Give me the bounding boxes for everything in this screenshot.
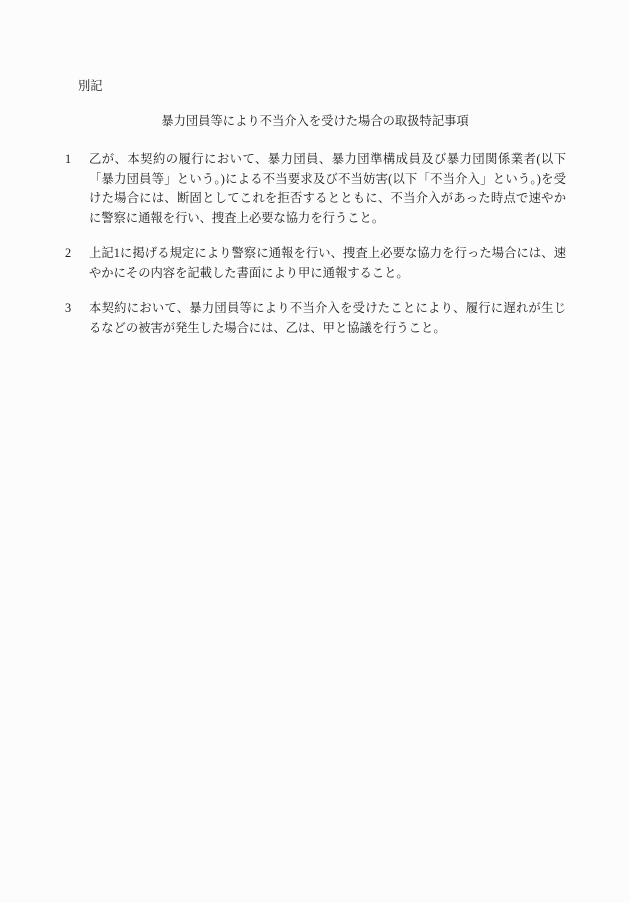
- clause-item-1: 1 乙が、本契約の履行において、暴力団員、暴力団準構成員及び暴力団関係業者(以下…: [65, 150, 566, 229]
- clause-item-3: 3 本契約において、暴力団員等により不当介入を受けたことにより、履行に遅れが生じ…: [65, 299, 566, 338]
- annotation-label: 別記: [78, 77, 103, 97]
- clause-number: 2: [65, 244, 89, 264]
- document-title: 暴力団員等により不当介入を受けた場合の取扱特記事項: [0, 112, 630, 132]
- clause-number: 3: [65, 299, 89, 319]
- clause-text: 上記1に掲げる規定により警察に通報を行い、捜査上必要な協力を行った場合には、速や…: [89, 244, 566, 283]
- clause-text: 本契約において、暴力団員等により不当介入を受けたことにより、履行に遅れが生じるな…: [89, 299, 566, 338]
- document-page: 別記 暴力団員等により不当介入を受けた場合の取扱特記事項 1 乙が、本契約の履行…: [0, 0, 630, 903]
- clause-number: 1: [65, 150, 89, 170]
- clause-text: 乙が、本契約の履行において、暴力団員、暴力団準構成員及び暴力団関係業者(以下「暴…: [89, 150, 566, 229]
- clause-item-2: 2 上記1に掲げる規定により警察に通報を行い、捜査上必要な協力を行った場合には、…: [65, 244, 566, 283]
